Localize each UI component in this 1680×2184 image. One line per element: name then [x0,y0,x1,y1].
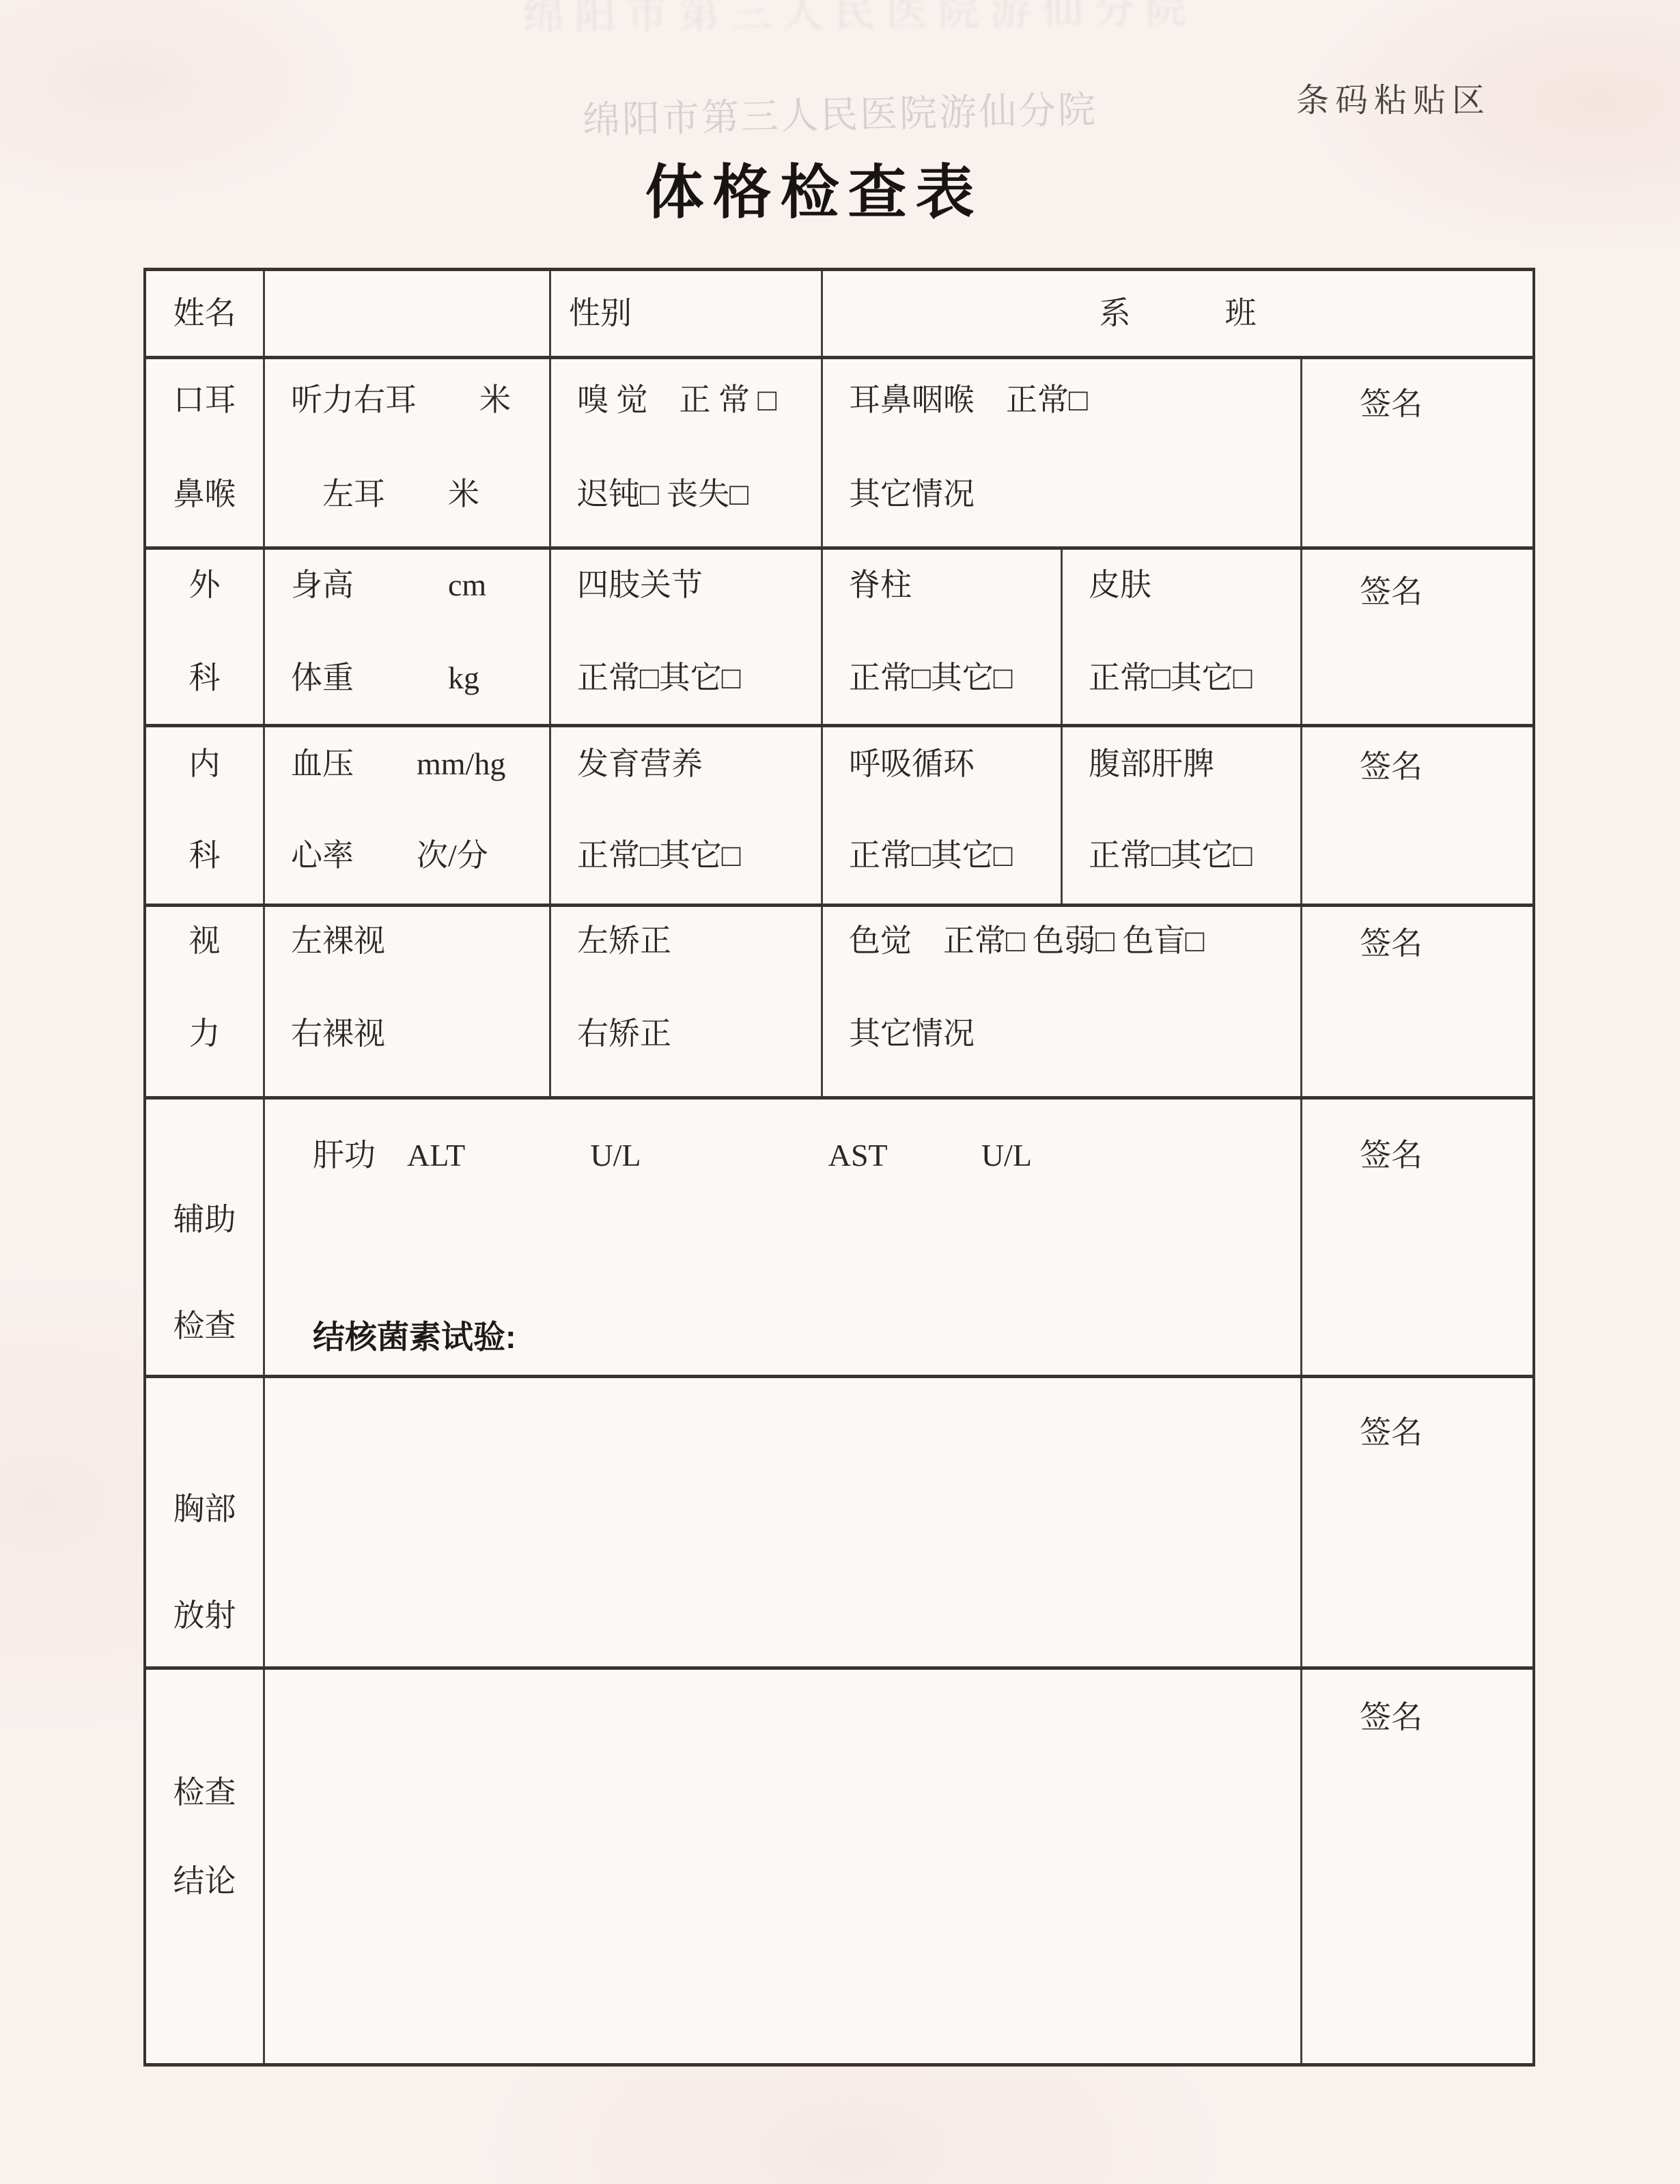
dept-class-label: 系 班 [1100,296,1257,331]
naked-vision-cell: 左裸视 右裸视 [263,907,549,1096]
header-row: 姓名 性别 系 班 [146,271,1532,356]
hearing-right-label: 听力右耳 米 [291,382,549,418]
name-label: 姓名 [173,296,236,331]
row-auxiliary: 辅助 检查 肝功 ALT U/L AST U/L 结核菌素试验: 签名 [146,1096,1532,1375]
smell-normal-label: 嗅 觉 正 常 □ [577,382,821,418]
barcode-area-label: 条码粘贴区 [1296,74,1491,121]
chest-row-label: 胸部 放射 [146,1378,263,1666]
conclusion-content-cell [263,1670,1300,2063]
skin-cell: 皮肤 正常□其它□ [1061,550,1300,724]
color-vision-cell: 色觉 正常□ 色弱□ 色盲□ 其它情况 [821,907,1300,1096]
hearing-left-label: 左耳 米 [291,477,549,512]
name-value-cell [263,271,549,356]
chest-label-line1: 胸部 [173,1492,236,1527]
ghost-bleedthrough-text: 绵阳市第三人民医院游仙分院 [522,0,1198,42]
heart-rate-label: 心率 次/分 [291,838,549,873]
vision-label-line1: 视 [189,923,221,959]
throat-normal-label: 耳鼻咽喉 正常□ [849,382,1300,418]
color-vision-other-label: 其它情况 [849,1016,1300,1052]
auxiliary-signature-cell: 签名 [1300,1100,1532,1375]
internal-signature-cell: 签名 [1300,727,1532,904]
corrected-vision-cell: 左矫正 右矫正 [549,907,821,1096]
throat-other-label: 其它情况 [849,477,1300,512]
row-internal: 内 科 血压 mm/hg 心率 次/分 发育营养 正常□其它□ 呼吸循环 正常□… [146,724,1532,904]
ent-label-line1: 口耳 [173,382,236,418]
surgery-signature-cell: 签名 [1300,550,1532,724]
internal-row-label: 内 科 [146,727,263,904]
development-checkboxes: 正常□其它□ [577,838,821,873]
respiration-label: 呼吸循环 [849,746,1061,782]
tuberculin-test-label: 结核菌素试验: [313,1319,1287,1356]
surgery-row-label: 外 科 [146,550,263,724]
skin-label: 皮肤 [1089,568,1300,603]
corrected-right-label: 右矫正 [577,1016,821,1052]
row-chest: 胸部 放射 签名 [146,1375,1532,1666]
naked-right-label: 右裸视 [291,1016,549,1052]
auxiliary-label-line1: 辅助 [173,1202,236,1237]
vision-signature-cell: 签名 [1300,907,1532,1096]
development-label: 发育营养 [577,746,821,782]
auxiliary-content-cell: 肝功 ALT U/L AST U/L 结核菌素试验: [263,1100,1300,1375]
form-title: 体格检查表 [0,145,1654,229]
respiration-checkboxes: 正常□其它□ [849,838,1061,873]
internal-label-line1: 内 [189,746,221,782]
scanned-exam-form-page: 绵阳市第三人民医院游仙分院 绵阳市第三人民医院游仙分院 条码粘贴区 体格检查表 … [0,0,1680,2184]
smell-cell: 嗅 觉 正 常 □ 迟钝□ 丧失□ [549,359,821,546]
conclusion-signature-cell: 签名 [1300,1670,1532,2063]
surgery-label-line1: 外 [189,568,221,603]
signature-label: 签名 [1360,749,1423,784]
limbs-label: 四肢关节 [577,568,821,603]
spine-cell: 脊柱 正常□其它□ [821,550,1061,724]
signature-label: 签名 [1360,926,1423,961]
vision-label-line2: 力 [189,1016,221,1052]
abdomen-cell: 腹部肝脾 正常□其它□ [1061,727,1300,904]
auxiliary-row-label: 辅助 检查 [146,1100,263,1375]
weight-label: 体重 kg [291,660,549,696]
gender-label-cell: 性别 [549,271,821,356]
chest-content-cell [263,1378,1300,1666]
auxiliary-label-line2: 检查 [173,1308,236,1344]
conclusion-row-label: 检查 结论 [146,1670,263,2063]
conclusion-label-line2: 结论 [173,1864,236,1899]
development-cell: 发育营养 正常□其它□ [549,727,821,904]
color-vision-checkboxes: 色觉 正常□ 色弱□ 色盲□ [849,923,1300,959]
blood-pressure-label: 血压 mm/hg [291,746,549,782]
smell-impaired-label: 迟钝□ 丧失□ [577,477,821,512]
limbs-checkboxes: 正常□其它□ [577,660,821,696]
internal-label-line2: 科 [189,838,221,873]
signature-label: 签名 [1360,387,1423,421]
corrected-left-label: 左矫正 [577,923,821,959]
naked-left-label: 左裸视 [291,923,549,959]
signature-label: 签名 [1360,1138,1423,1173]
physical-exam-table: 姓名 性别 系 班 口耳 鼻喉 听力右耳 米 左耳 米 嗅 觉 正 常 □ [143,268,1535,2067]
signature-label: 签名 [1360,574,1423,609]
height-weight-cell: 身高 cm 体重 kg [263,550,549,724]
conclusion-label-line1: 检查 [173,1775,236,1810]
vision-row-label: 视 力 [146,907,263,1096]
chest-signature-cell: 签名 [1300,1378,1532,1666]
row-vision: 视 力 左裸视 右裸视 左矫正 右矫正 色觉 正常□ 色弱□ 色盲□ 其它情况 … [146,904,1532,1096]
spine-checkboxes: 正常□其它□ [849,660,1061,696]
name-label-cell: 姓名 [146,271,263,356]
gender-label: 性别 [569,296,632,331]
row-surgery: 外 科 身高 cm 体重 kg 四肢关节 正常□其它□ 脊柱 正常□其它□ 皮肤… [146,546,1532,724]
hospital-watermark: 绵阳市第三人民医院游仙分院 [582,79,1098,144]
ent-signature-cell: 签名 [1300,359,1532,546]
row-conclusion: 检查 结论 签名 [146,1666,1532,2063]
liver-function-label: 肝功 ALT U/L AST U/L [313,1138,1287,1173]
skin-checkboxes: 正常□其它□ [1089,660,1300,696]
surgery-label-line2: 科 [189,660,221,696]
chest-label-line2: 放射 [173,1598,236,1634]
respiration-cell: 呼吸循环 正常□其它□ [821,727,1061,904]
throat-cell: 耳鼻咽喉 正常□ 其它情况 [821,359,1300,546]
vitals-cell: 血压 mm/hg 心率 次/分 [263,727,549,904]
ent-row-label: 口耳 鼻喉 [146,359,263,546]
height-label: 身高 cm [291,568,549,603]
abdomen-label: 腹部肝脾 [1089,746,1300,782]
signature-label: 签名 [1360,1700,1423,1735]
dept-class-cell: 系 班 [821,271,1532,356]
hearing-cell: 听力右耳 米 左耳 米 [263,359,549,546]
signature-label: 签名 [1360,1415,1423,1450]
abdomen-checkboxes: 正常□其它□ [1089,838,1300,873]
row-ent: 口耳 鼻喉 听力右耳 米 左耳 米 嗅 觉 正 常 □ 迟钝□ 丧失□ 耳鼻咽喉… [146,356,1532,546]
limbs-cell: 四肢关节 正常□其它□ [549,550,821,724]
spine-label: 脊柱 [849,568,1061,603]
ent-label-line2: 鼻喉 [173,477,236,512]
